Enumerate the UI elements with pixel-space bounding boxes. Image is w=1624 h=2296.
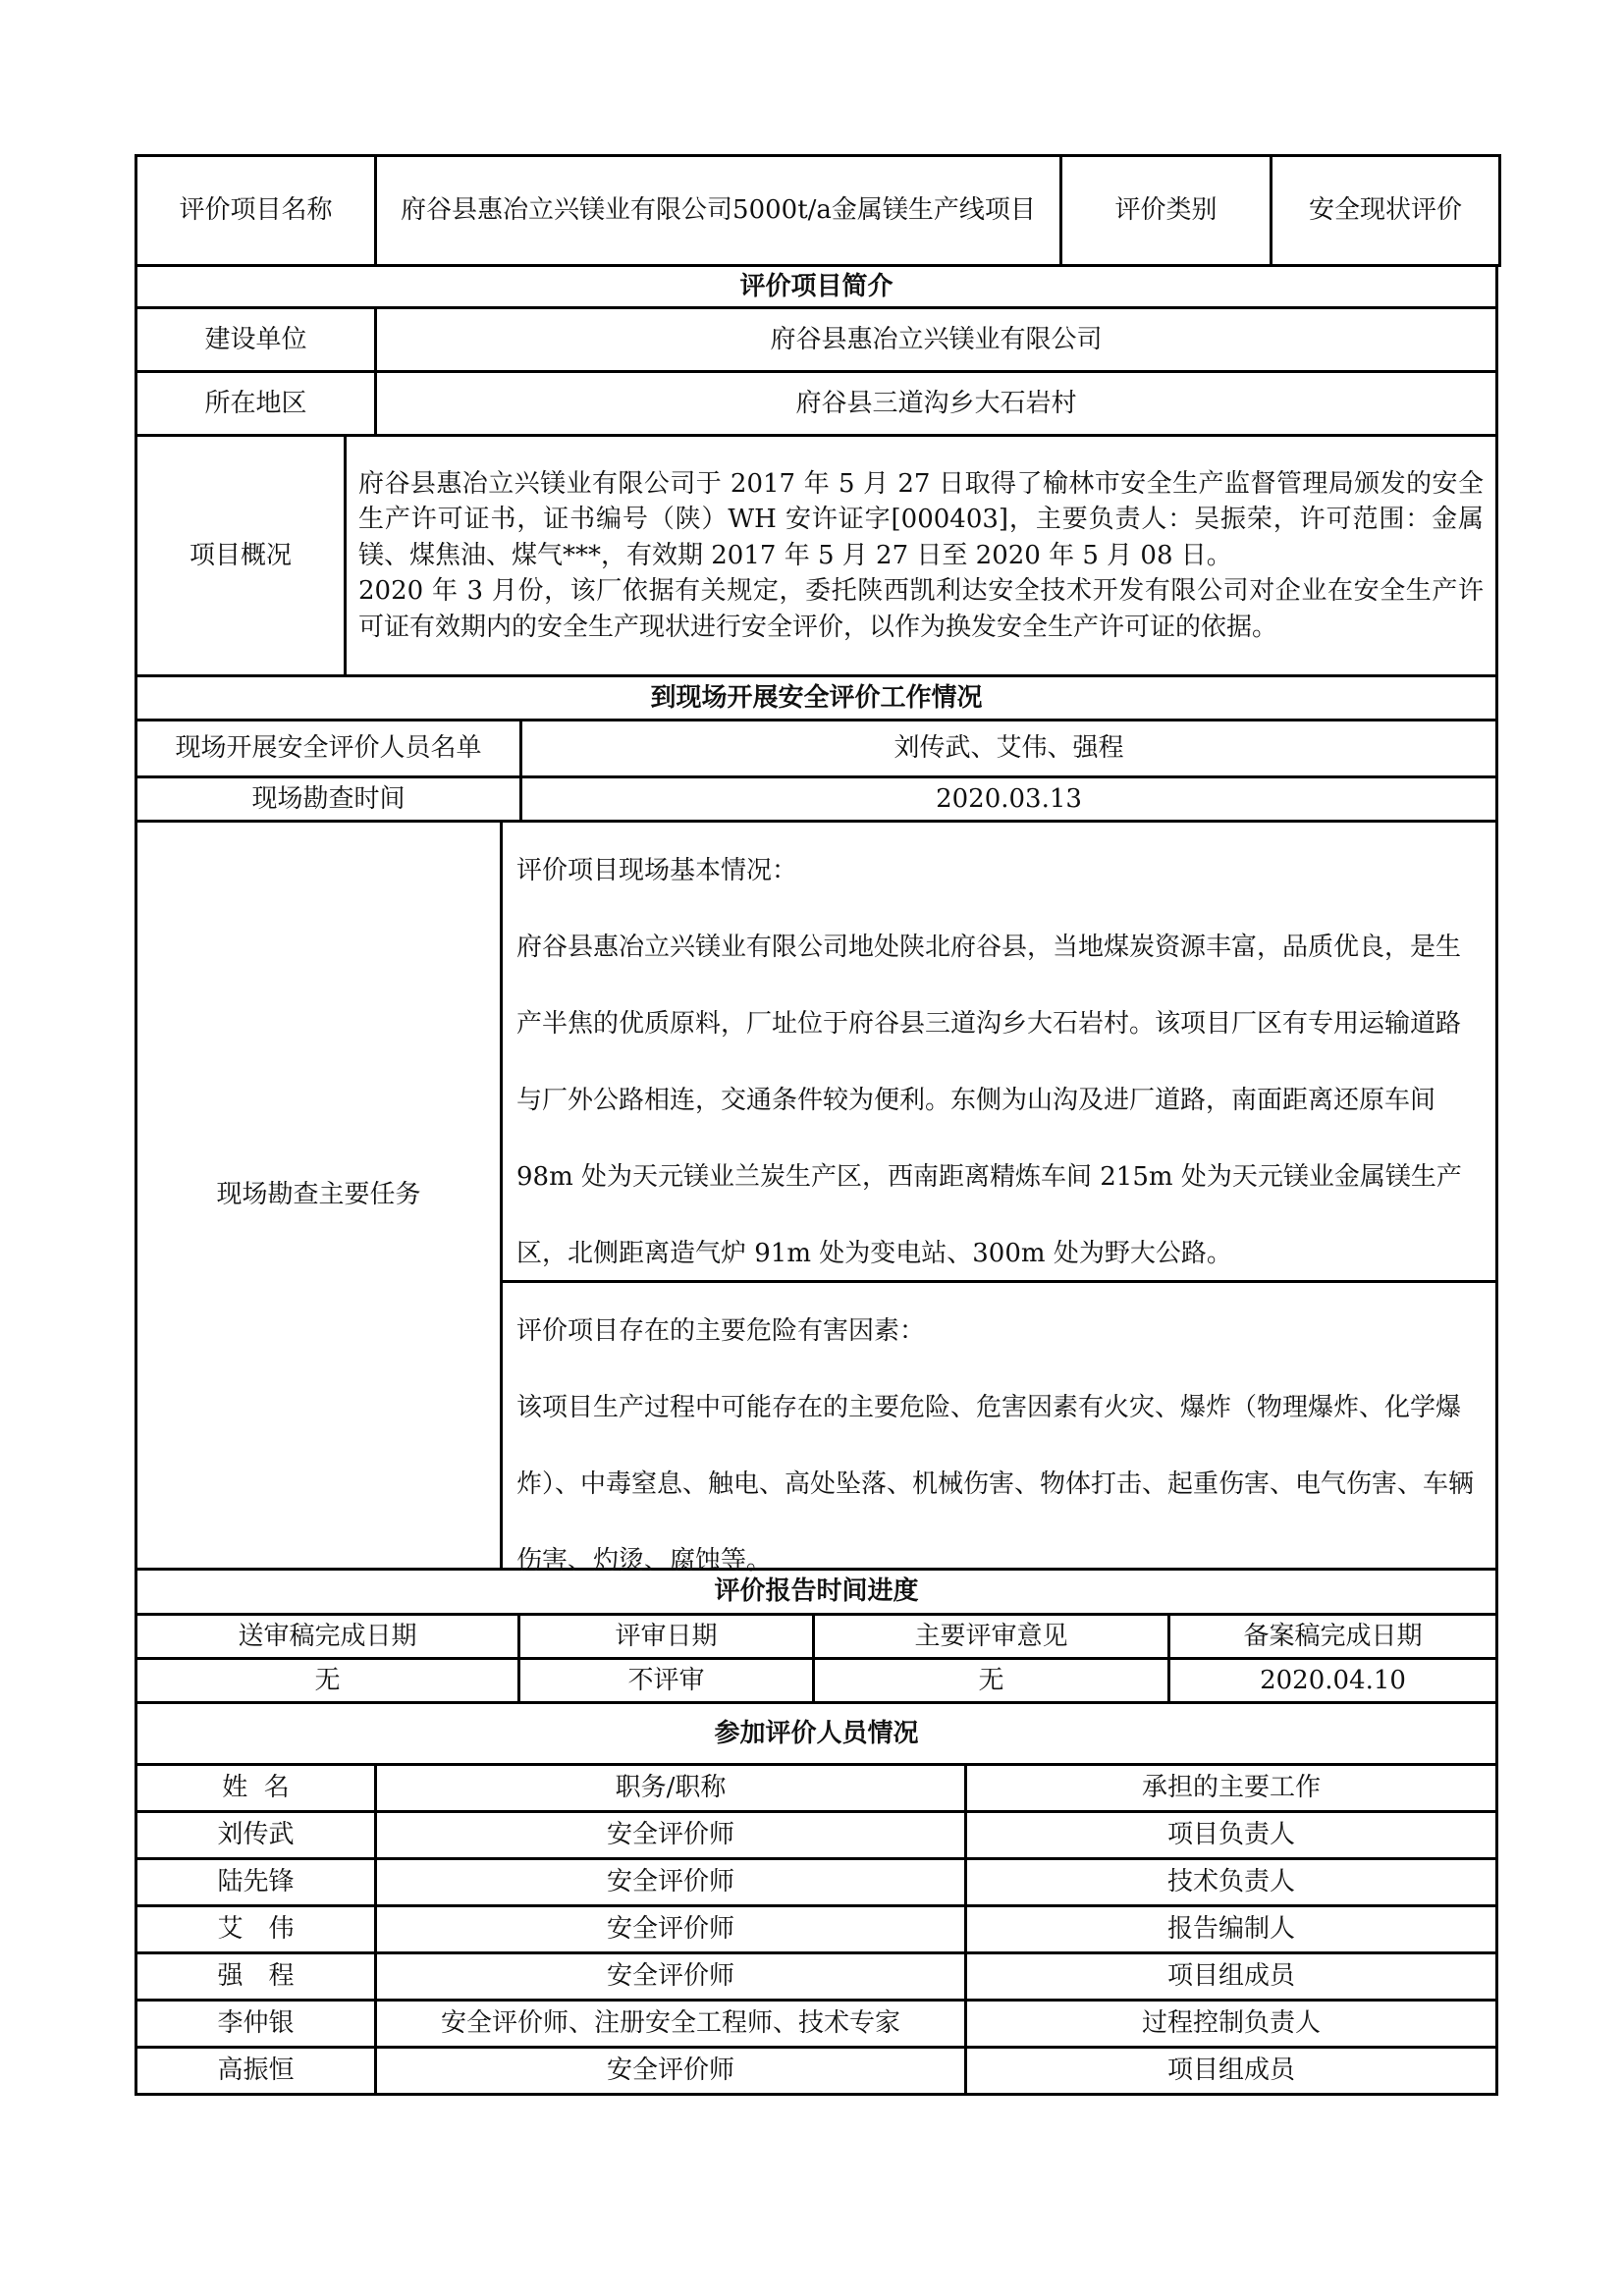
schedule-value: 无	[814, 1659, 1169, 1703]
staff-title: 安全评价师	[376, 1953, 966, 2001]
staff-name: 强 程	[136, 1953, 376, 2001]
site-basic-title: 评价项目现场基本情况：	[516, 832, 1482, 909]
staff-title: 安全评价师、注册安全工程师、技术专家	[376, 2001, 966, 2048]
staff-table: 参加评价人员情况 姓 名 职务/职称 承担的主要工作 刘传武 安全评价师 项目负…	[135, 1701, 1498, 2096]
header-row: 评价项目名称 府谷县惠冶立兴镁业有限公司5000t/a金属镁生产线项目 评价类别…	[136, 156, 1500, 266]
hazard-info: 评价项目存在的主要危险有害因素： 该项目生产过程中可能存在的主要危险、危害因素有…	[503, 1280, 1495, 1568]
staff-work: 项目组成员	[966, 2048, 1497, 2095]
overview-paragraph-1: 府谷县惠冶立兴镁业有限公司于 2017 年 5 月 27 日取得了榆林市安全生产…	[358, 466, 1484, 573]
site-basic-info: 评价项目现场基本情况： 府谷县惠冶立兴镁业有限公司地处陕北府谷县，当地煤炭资源丰…	[503, 823, 1495, 1280]
onsite-table: 到现场开展安全评价工作情况 现场开展安全评价人员名单 刘传武、艾伟、强程 现场勘…	[135, 674, 1498, 823]
staff-header-name: 姓 名	[136, 1765, 376, 1812]
task-label: 现场勘查主要任务	[136, 822, 502, 1570]
staff-work: 项目组成员	[966, 1953, 1497, 2001]
staff-row: 强 程 安全评价师 项目组成员	[136, 1953, 1497, 2001]
hazard-title: 评价项目存在的主要危险有害因素：	[516, 1293, 1482, 1369]
staff-name: 高振恒	[136, 2048, 376, 2095]
staff-row: 李仲银 安全评价师、注册安全工程师、技术专家 过程控制负责人	[136, 2001, 1497, 2048]
staff-section-title: 参加评价人员情况	[136, 1703, 1497, 1765]
staff-row: 刘传武 安全评价师 项目负责人	[136, 1812, 1497, 1859]
task-table: 现场勘查主要任务 评价项目现场基本情况： 府谷县惠冶立兴镁业有限公司地处陕北府谷…	[135, 820, 1498, 1571]
builder-label: 建设单位	[136, 308, 376, 372]
onsite-section-title: 到现场开展安全评价工作情况	[136, 676, 1497, 721]
staff-work: 报告编制人	[966, 1906, 1497, 1953]
schedule-header: 主要评审意见	[814, 1615, 1169, 1659]
overview-paragraph-2: 2020 年 3 月份，该厂依据有关规定，委托陕西凯利达安全技术开发有限公司对企…	[358, 573, 1484, 645]
project-name-value: 府谷县惠冶立兴镁业有限公司5000t/a金属镁生产线项目	[376, 156, 1061, 266]
intro-table: 评价项目简介 建设单位 府谷县惠冶立兴镁业有限公司 所在地区 府谷县三道沟乡大石…	[135, 264, 1498, 437]
overview-table: 项目概况 府谷县惠冶立兴镁业有限公司于 2017 年 5 月 27 日取得了榆林…	[135, 434, 1498, 677]
schedule-header: 评审日期	[519, 1615, 814, 1659]
staff-name: 艾 伟	[136, 1906, 376, 1953]
staff-title: 安全评价师	[376, 2048, 966, 2095]
site-basic-text: 府谷县惠冶立兴镁业有限公司地处陕北府谷县，当地煤炭资源丰富，品质优良，是生产半焦…	[516, 909, 1482, 1292]
schedule-value: 无	[136, 1659, 519, 1703]
staff-list-label: 现场开展安全评价人员名单	[136, 721, 521, 777]
staff-name: 李仲银	[136, 2001, 376, 2048]
staff-row: 高振恒 安全评价师 项目组成员	[136, 2048, 1497, 2095]
schedule-value: 2020.04.10	[1169, 1659, 1497, 1703]
schedule-header-row: 送审稿完成日期 评审日期 主要评审意见 备案稿完成日期	[136, 1615, 1497, 1659]
schedule-value-row: 无 不评审 无 2020.04.10	[136, 1659, 1497, 1703]
hazard-text: 该项目生产过程中可能存在的主要危险、危害因素有火灾、爆炸（物理爆炸、化学爆炸）、…	[516, 1369, 1482, 1599]
region-value: 府谷县三道沟乡大石岩村	[376, 372, 1497, 436]
staff-list-value: 刘传武、艾伟、强程	[521, 721, 1497, 777]
schedule-table: 评价报告时间进度 送审稿完成日期 评审日期 主要评审意见 备案稿完成日期 无 不…	[135, 1568, 1498, 1704]
survey-time-label: 现场勘查时间	[136, 777, 521, 822]
staff-work: 技术负责人	[966, 1859, 1497, 1906]
staff-name: 陆先锋	[136, 1859, 376, 1906]
schedule-header: 送审稿完成日期	[136, 1615, 519, 1659]
schedule-value: 不评审	[519, 1659, 814, 1703]
staff-header-title: 职务/职称	[376, 1765, 966, 1812]
staff-work: 项目负责人	[966, 1812, 1497, 1859]
staff-title: 安全评价师	[376, 1906, 966, 1953]
schedule-header: 备案稿完成日期	[1169, 1615, 1497, 1659]
category-label: 评价类别	[1061, 156, 1272, 266]
staff-row: 艾 伟 安全评价师 报告编制人	[136, 1906, 1497, 1953]
header-table: 评价项目名称 府谷县惠冶立兴镁业有限公司5000t/a金属镁生产线项目 评价类别…	[135, 154, 1501, 267]
staff-row: 陆先锋 安全评价师 技术负责人	[136, 1859, 1497, 1906]
schedule-section-title: 评价报告时间进度	[136, 1570, 1497, 1615]
evaluation-form: 评价项目名称 府谷县惠冶立兴镁业有限公司5000t/a金属镁生产线项目 评价类别…	[135, 154, 1498, 2096]
staff-header-work: 承担的主要工作	[966, 1765, 1497, 1812]
survey-time-value: 2020.03.13	[521, 777, 1497, 822]
staff-name: 刘传武	[136, 1812, 376, 1859]
intro-section-title: 评价项目简介	[136, 266, 1497, 308]
builder-value: 府谷县惠冶立兴镁业有限公司	[376, 308, 1497, 372]
overview-content: 府谷县惠冶立兴镁业有限公司于 2017 年 5 月 27 日取得了榆林市安全生产…	[346, 436, 1497, 676]
project-name-label: 评价项目名称	[136, 156, 376, 266]
staff-title: 安全评价师	[376, 1859, 966, 1906]
staff-work: 过程控制负责人	[966, 2001, 1497, 2048]
category-value: 安全现状评价	[1272, 156, 1500, 266]
staff-title: 安全评价师	[376, 1812, 966, 1859]
staff-header-row: 姓 名 职务/职称 承担的主要工作	[136, 1765, 1497, 1812]
region-label: 所在地区	[136, 372, 376, 436]
task-content: 评价项目现场基本情况： 府谷县惠冶立兴镁业有限公司地处陕北府谷县，当地煤炭资源丰…	[502, 822, 1497, 1570]
overview-label: 项目概况	[136, 436, 346, 676]
